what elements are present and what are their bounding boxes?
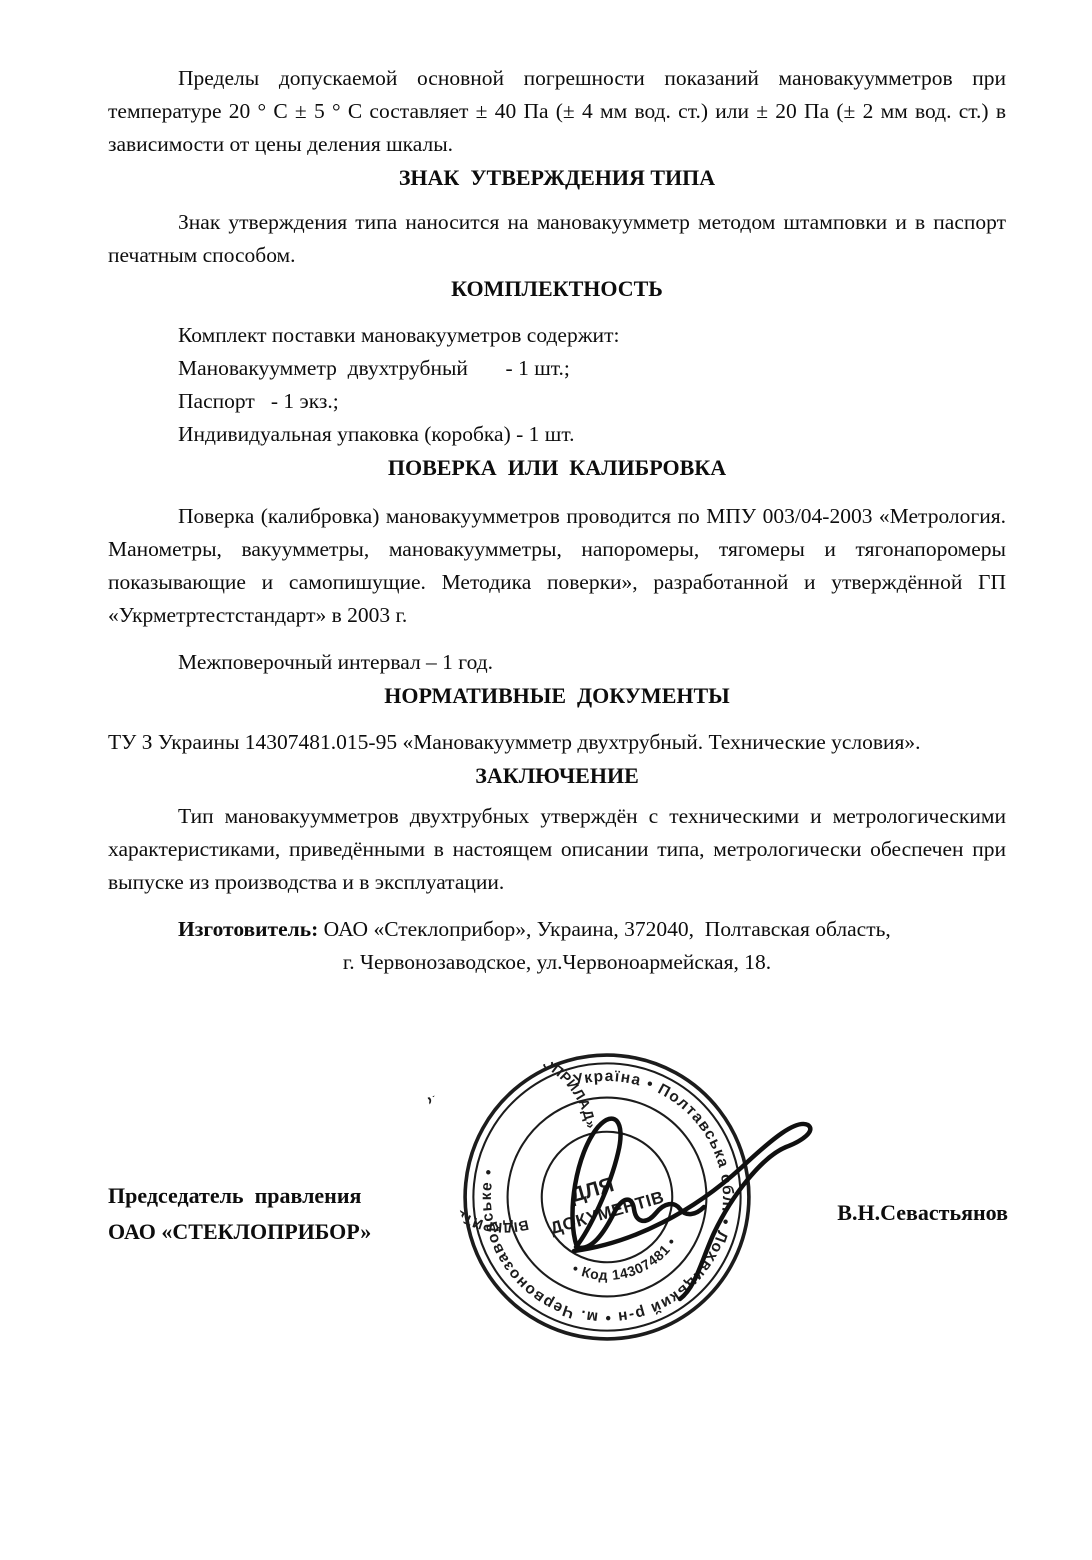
signatory-position-line2: ОАО «СТЕКЛОПРИБОР» bbox=[108, 1219, 371, 1244]
conclusion-paragraph: Тип мановакуумметров двухтрубных утвержд… bbox=[108, 800, 1006, 899]
signatory-position: Председатель правленияОАО «СТЕКЛОПРИБОР» bbox=[108, 1178, 371, 1250]
signatory-position-line1: Председатель правления bbox=[108, 1183, 361, 1208]
list-item: Индивидуальная упаковка (коробка) - 1 шт… bbox=[178, 418, 1006, 451]
section-heading-type-approval-mark: ЗНАК УТВЕРЖДЕНИЯ ТИПА bbox=[108, 161, 1006, 194]
normative-document-reference: ТУ З Украины 14307481.015-95 «Мановакуум… bbox=[108, 726, 1006, 759]
document-page: Пределы допускаемой основной погрешности… bbox=[0, 0, 1092, 1560]
list-item: Мановакуумметр двухтрубный - 1 шт.; bbox=[178, 352, 1006, 385]
intro-paragraph: Пределы допускаемой основной погрешности… bbox=[108, 62, 1006, 161]
type-approval-paragraph: Знак утверждения типа наносится на манов… bbox=[108, 206, 1006, 272]
section-heading-conclusion: ЗАКЛЮЧЕНИЕ bbox=[108, 759, 1006, 792]
manufacturer-block: Изготовитель: ОАО «Стеклоприбор», Украин… bbox=[108, 913, 1006, 979]
manufacturer-address-line1: ОАО «Стеклоприбор», Украина, 372040, Пол… bbox=[318, 917, 891, 941]
section-heading-completeness: КОМПЛЕКТНОСТЬ bbox=[108, 272, 1006, 305]
manufacturer-address-line2: г. Червонозаводское, ул.Червоноармейская… bbox=[108, 946, 1006, 979]
verification-paragraph: Поверка (калибровка) мановакуумметров пр… bbox=[108, 500, 1006, 632]
list-item: Комплект поставки мановакууметров содерж… bbox=[178, 319, 1006, 352]
signature-footer: Председатель правленияОАО «СТЕКЛОПРИБОР»… bbox=[108, 1178, 1008, 1250]
list-item: Паспорт - 1 экз.; bbox=[178, 385, 1006, 418]
verification-interval: Межповерочный интервал – 1 год. bbox=[108, 646, 1006, 679]
manufacturer-label: Изготовитель: bbox=[178, 917, 318, 941]
completeness-list: Комплект поставки мановакууметров содерж… bbox=[108, 319, 1006, 451]
section-heading-normative-documents: НОРМАТИВНЫЕ ДОКУМЕНТЫ bbox=[108, 679, 1006, 712]
manufacturer-line1: Изготовитель: ОАО «Стеклоприбор», Украин… bbox=[108, 913, 1006, 946]
section-heading-verification: ПОВЕРКА ИЛИ КАЛИБРОВКА bbox=[108, 451, 1006, 484]
signatory-name: В.Н.Севастьянов bbox=[837, 1196, 1008, 1229]
